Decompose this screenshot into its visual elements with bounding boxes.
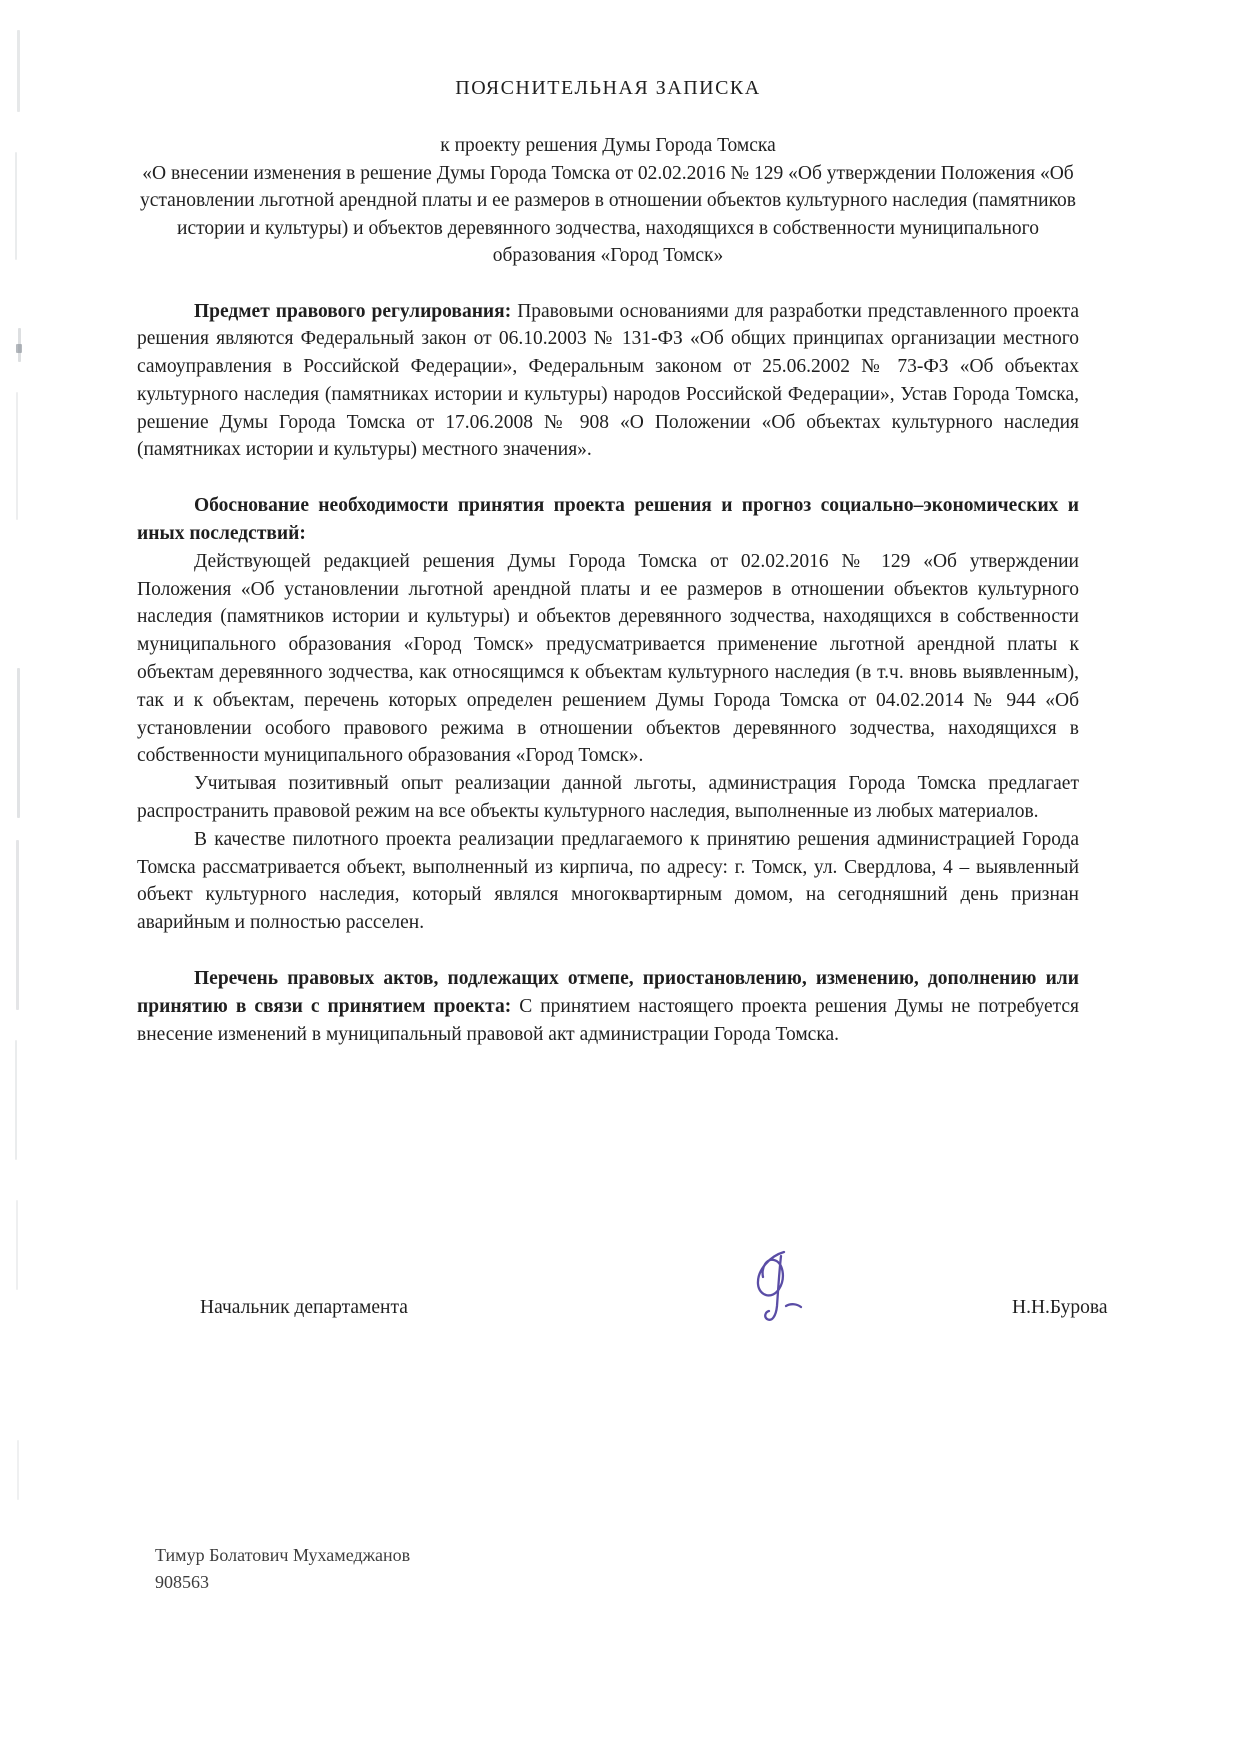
scan-artifact [15, 152, 17, 260]
scan-artifact [16, 344, 22, 353]
signer-name: Н.Н.Бурова [1012, 1297, 1107, 1319]
scan-artifact [16, 392, 18, 520]
scan-artifact [15, 1040, 17, 1160]
subject-lead-label: Предмет правового регулирования: [194, 301, 511, 322]
document-subtitle: к проекту решения Думы Города Томска «О … [137, 132, 1079, 270]
document-title: ПОЯСНИТЕЛЬНАЯ ЗАПИСКА [137, 0, 1079, 100]
executor-name: Тимур Болатович Мухамеджанов [155, 1542, 410, 1569]
executor-phone: 908563 [155, 1569, 410, 1596]
scanned-document-page: ПОЯСНИТЕЛЬНАЯ ЗАПИСКА к проекту решения … [0, 0, 1240, 1753]
executor-footer: Тимур Болатович Мухамеджанов 908563 [155, 1542, 410, 1596]
scan-artifact [17, 668, 20, 818]
paragraph-acts: Перечень правовых актов, подлежащих отме… [137, 965, 1079, 1048]
scan-artifact [16, 840, 19, 1010]
paragraph-subject: Предмет правового регулирования: Правовы… [137, 298, 1079, 465]
justification-heading-text: Обоснование необходимости принятия проек… [137, 495, 1079, 544]
justification-text-2: Учитывая позитивный опыт реализации данн… [137, 773, 1079, 822]
scan-artifact [16, 1200, 18, 1290]
handwritten-signature-icon [726, 1244, 818, 1336]
paragraph-justification-2: Учитывая позитивный опыт реализации данн… [137, 770, 1079, 826]
scan-artifact [17, 30, 20, 112]
paragraph-justification-3: В качестве пилотного проекта реализации … [137, 826, 1079, 937]
paragraph-justification-1: Действующей редакцией решения Думы Город… [137, 548, 1079, 770]
subject-text: Правовыми основаниями для разработки пре… [137, 301, 1079, 461]
document-body: ПОЯСНИТЕЛЬНАЯ ЗАПИСКА к проекту решения … [137, 0, 1079, 1048]
subtitle-line: к проекту решения Думы Города Томска [137, 132, 1079, 160]
subtitle-body: «О внесении изменения в решение Думы Гор… [137, 160, 1079, 270]
signer-position-title: Начальник департамента [200, 1297, 408, 1319]
justification-text-1: Действующей редакцией решения Думы Город… [137, 551, 1079, 767]
justification-text-3: В качестве пилотного проекта реализации … [137, 829, 1079, 933]
scan-artifact [17, 1440, 19, 1500]
justification-heading: Обоснование необходимости принятия проек… [137, 492, 1079, 548]
